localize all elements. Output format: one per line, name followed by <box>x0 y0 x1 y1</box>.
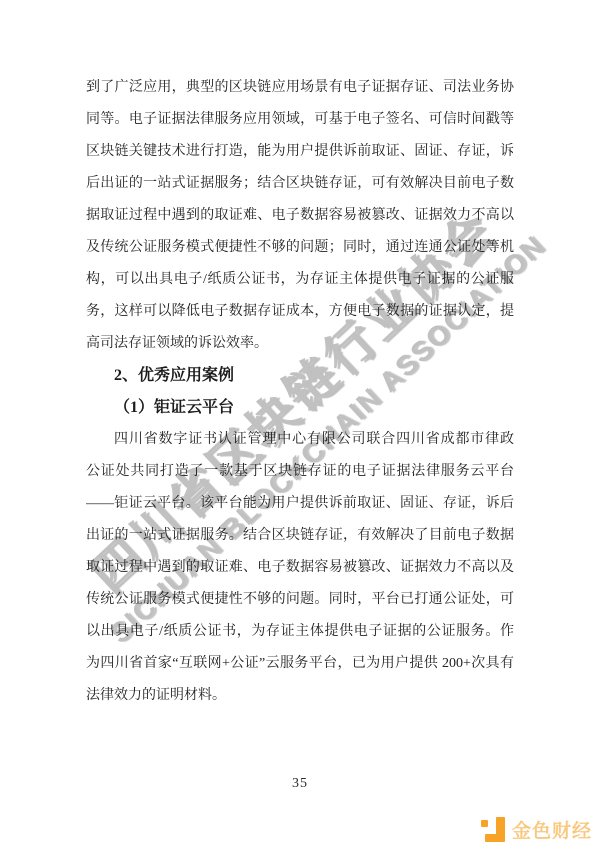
paragraph2-line: 四川省数字证书认证管理中心有限公司联合四川省成都市律政 <box>86 424 514 456</box>
paragraph2-line: 传统公证服务模式便捷性不够的问题。同时，平台已打通公证处，可 <box>86 584 514 616</box>
paragraph1-line: 据取证过程中遇到的取证难、电子数据容易被篡改、证据效力不高以 <box>86 200 514 232</box>
paragraph1-line: 同等。电子证据法律服务应用领域，可基于电子签名、可信时间戳等 <box>86 104 514 136</box>
paragraph2-line: 取证过程中遇到的取证难、电子数据容易被篡改、证据效力不高以及 <box>86 552 514 584</box>
paragraph2-line: ——钜证云平台。该平台能为用户提供诉前取证、固证、存证，诉后 <box>86 488 514 520</box>
paragraph2-line: 公证处共同打造了一款基于区块链存证的电子证据法律服务云平台 <box>86 456 514 488</box>
section-heading: 2、优秀应用案例 <box>86 360 514 392</box>
paragraph2-line: 法律效力的证明材料。 <box>86 680 514 712</box>
paragraph1-line: 务，这样可以降低电子数据存证成本，方便电子数据的证据认定，提 <box>86 296 514 328</box>
paragraph1-line: 及传统公证服务模式便捷性不够的问题；同时，通过连通公证处等机 <box>86 232 514 264</box>
paragraph1-line: 到了广泛应用，典型的区块链应用场景有电子证据存证、司法业务协 <box>86 72 514 104</box>
page-number: 35 <box>0 776 600 792</box>
paragraph2-line: 为四川省首家“互联网+公证”云服务平台，已为用户提供 200+次具有 <box>86 648 514 680</box>
paragraph1-line: 构，可以出具电子/纸质公证书，为存证主体提供电子证据的公证服 <box>86 264 514 296</box>
document-page: 四川省区块链行业协会 SICHUAN BLOCKCHAIN ASSOCIATIO… <box>0 0 600 849</box>
paragraph1-line: 后出证的一站式证据服务；结合区块链存证，可有效解决目前电子数 <box>86 168 514 200</box>
paragraph1-line: 区块链关键技术进行打造，能为用户提供诉前取证、固证、存证，诉 <box>86 136 514 168</box>
jinse-logo-text: 金色财经 <box>512 816 592 843</box>
document-body: 到了广泛应用，典型的区块链应用场景有电子证据存证、司法业务协 同等。电子证据法律… <box>86 72 514 712</box>
paragraph2-line: 以出具电子/纸质公证书，为存证主体提供电子证据的公证服务。作 <box>86 616 514 648</box>
jinse-finance-logo: 金色财经 <box>481 816 592 843</box>
paragraph1-line: 高司法存证领域的诉讼效率。 <box>86 328 514 360</box>
paragraph2-line: 出证的一站式证据服务。结合区块链存证，有效解决了目前电子数据 <box>86 520 514 552</box>
jinse-blocks-icon <box>481 817 505 842</box>
case-subheading: （1）钜证云平台 <box>86 392 514 424</box>
